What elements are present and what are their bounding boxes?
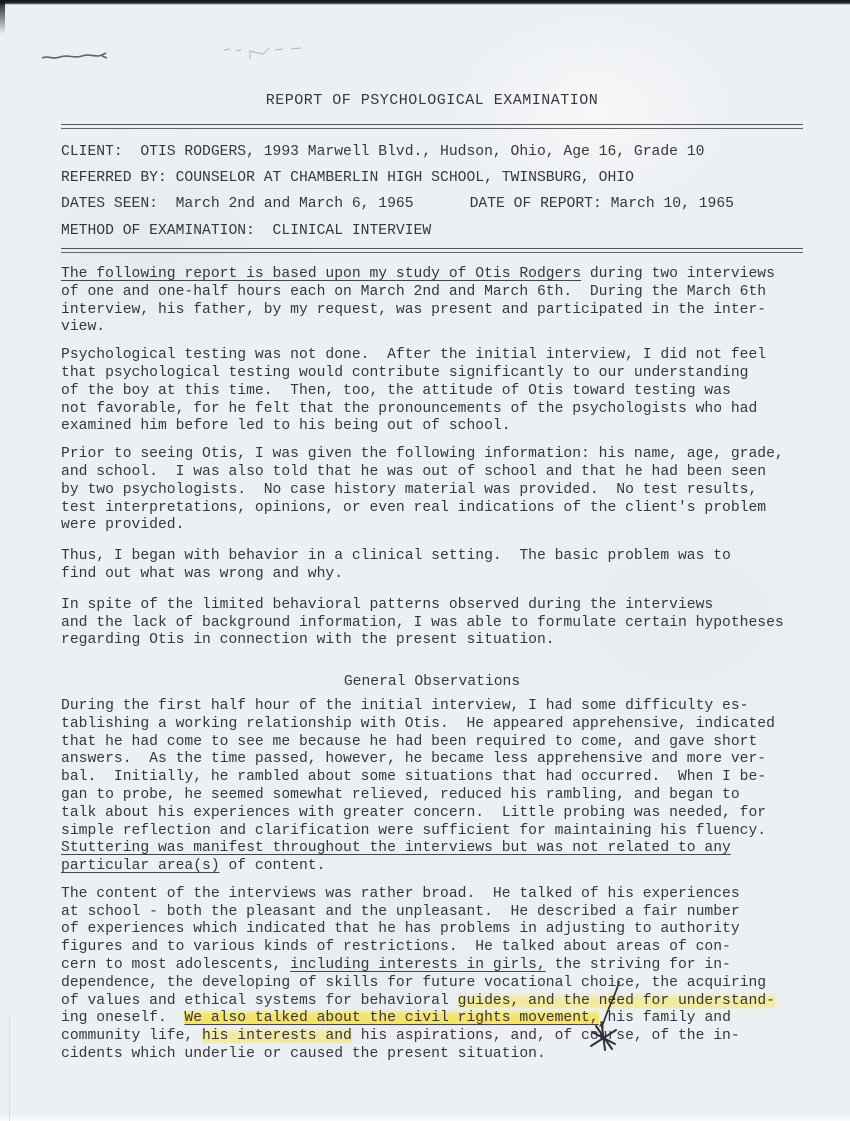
scan-edge-bottom: [0, 1114, 850, 1121]
text-segment: Prior to seeing Otis, I was given the fo…: [61, 446, 784, 533]
referred-by-line: REFERRED BY: COUNSELOR AT CHAMBERLIN HIG…: [61, 165, 803, 191]
text-segment: of content.: [220, 858, 326, 874]
text-segment: including interests in girls,: [290, 957, 546, 973]
text-segment: his interests and: [202, 1028, 352, 1044]
dates-seen: DATES SEEN: March 2nd and March 6, 1965: [61, 191, 414, 217]
handwritten-asterisk-icon: [572, 980, 652, 1056]
header-rule-bottom: [61, 248, 803, 253]
faint-scan-marks: [222, 44, 322, 62]
dates-line: DATES SEEN: March 2nd and March 6, 1965 …: [61, 191, 803, 217]
text-segment: In spite of the limited behavioral patte…: [61, 597, 784, 649]
text-segment: Stuttering was manifest throughout the i…: [61, 840, 731, 874]
text-segment: During the first half hour of the initia…: [61, 698, 775, 839]
client-line: CLIENT: OTIS RODGERS, 1993 Marwell Blvd.…: [61, 139, 803, 165]
dates-gap: [414, 191, 470, 217]
scan-edge-corner: [0, 0, 5, 34]
pen-squiggle-mark: [40, 50, 112, 64]
text-segment: Psychological testing was not done. Afte…: [61, 347, 766, 434]
text-segment: ing oneself.: [61, 1010, 184, 1026]
paragraph-first-interview: During the first half hour of the initia…: [61, 698, 803, 876]
scan-fold-line: [9, 1015, 10, 1121]
scan-edge-top: [0, 0, 850, 5]
document-page: REPORT OF PSYCHOLOGICAL EXAMINATION CLIE…: [61, 92, 803, 1074]
paragraph-prior-information: Prior to seeing Otis, I was given the fo…: [61, 446, 803, 535]
date-of-report: DATE OF REPORT: March 10, 1965: [470, 191, 734, 217]
text-segment: We also talked about the civil rights mo…: [184, 1010, 598, 1026]
text-segment: The following report is based upon my st…: [61, 266, 581, 282]
paragraph-hypotheses: In spite of the limited behavioral patte…: [61, 597, 803, 650]
report-title: REPORT OF PSYCHOLOGICAL EXAMINATION: [61, 92, 803, 110]
text-segment: Thus, I began with behavior in a clinica…: [61, 548, 731, 582]
paragraph-clinical-setting: Thus, I began with behavior in a clinica…: [61, 548, 803, 584]
paragraph-testing: Psychological testing was not done. Afte…: [61, 347, 803, 436]
paragraph-intro: The following report is based upon my st…: [61, 266, 803, 337]
method-line: METHOD OF EXAMINATION: CLINICAL INTERVIE…: [61, 218, 803, 244]
section-heading-general-observations: General Observations: [61, 674, 803, 692]
paragraph-interview-content: The content of the interviews was rather…: [61, 886, 803, 1064]
header-rule-top: [61, 124, 803, 129]
